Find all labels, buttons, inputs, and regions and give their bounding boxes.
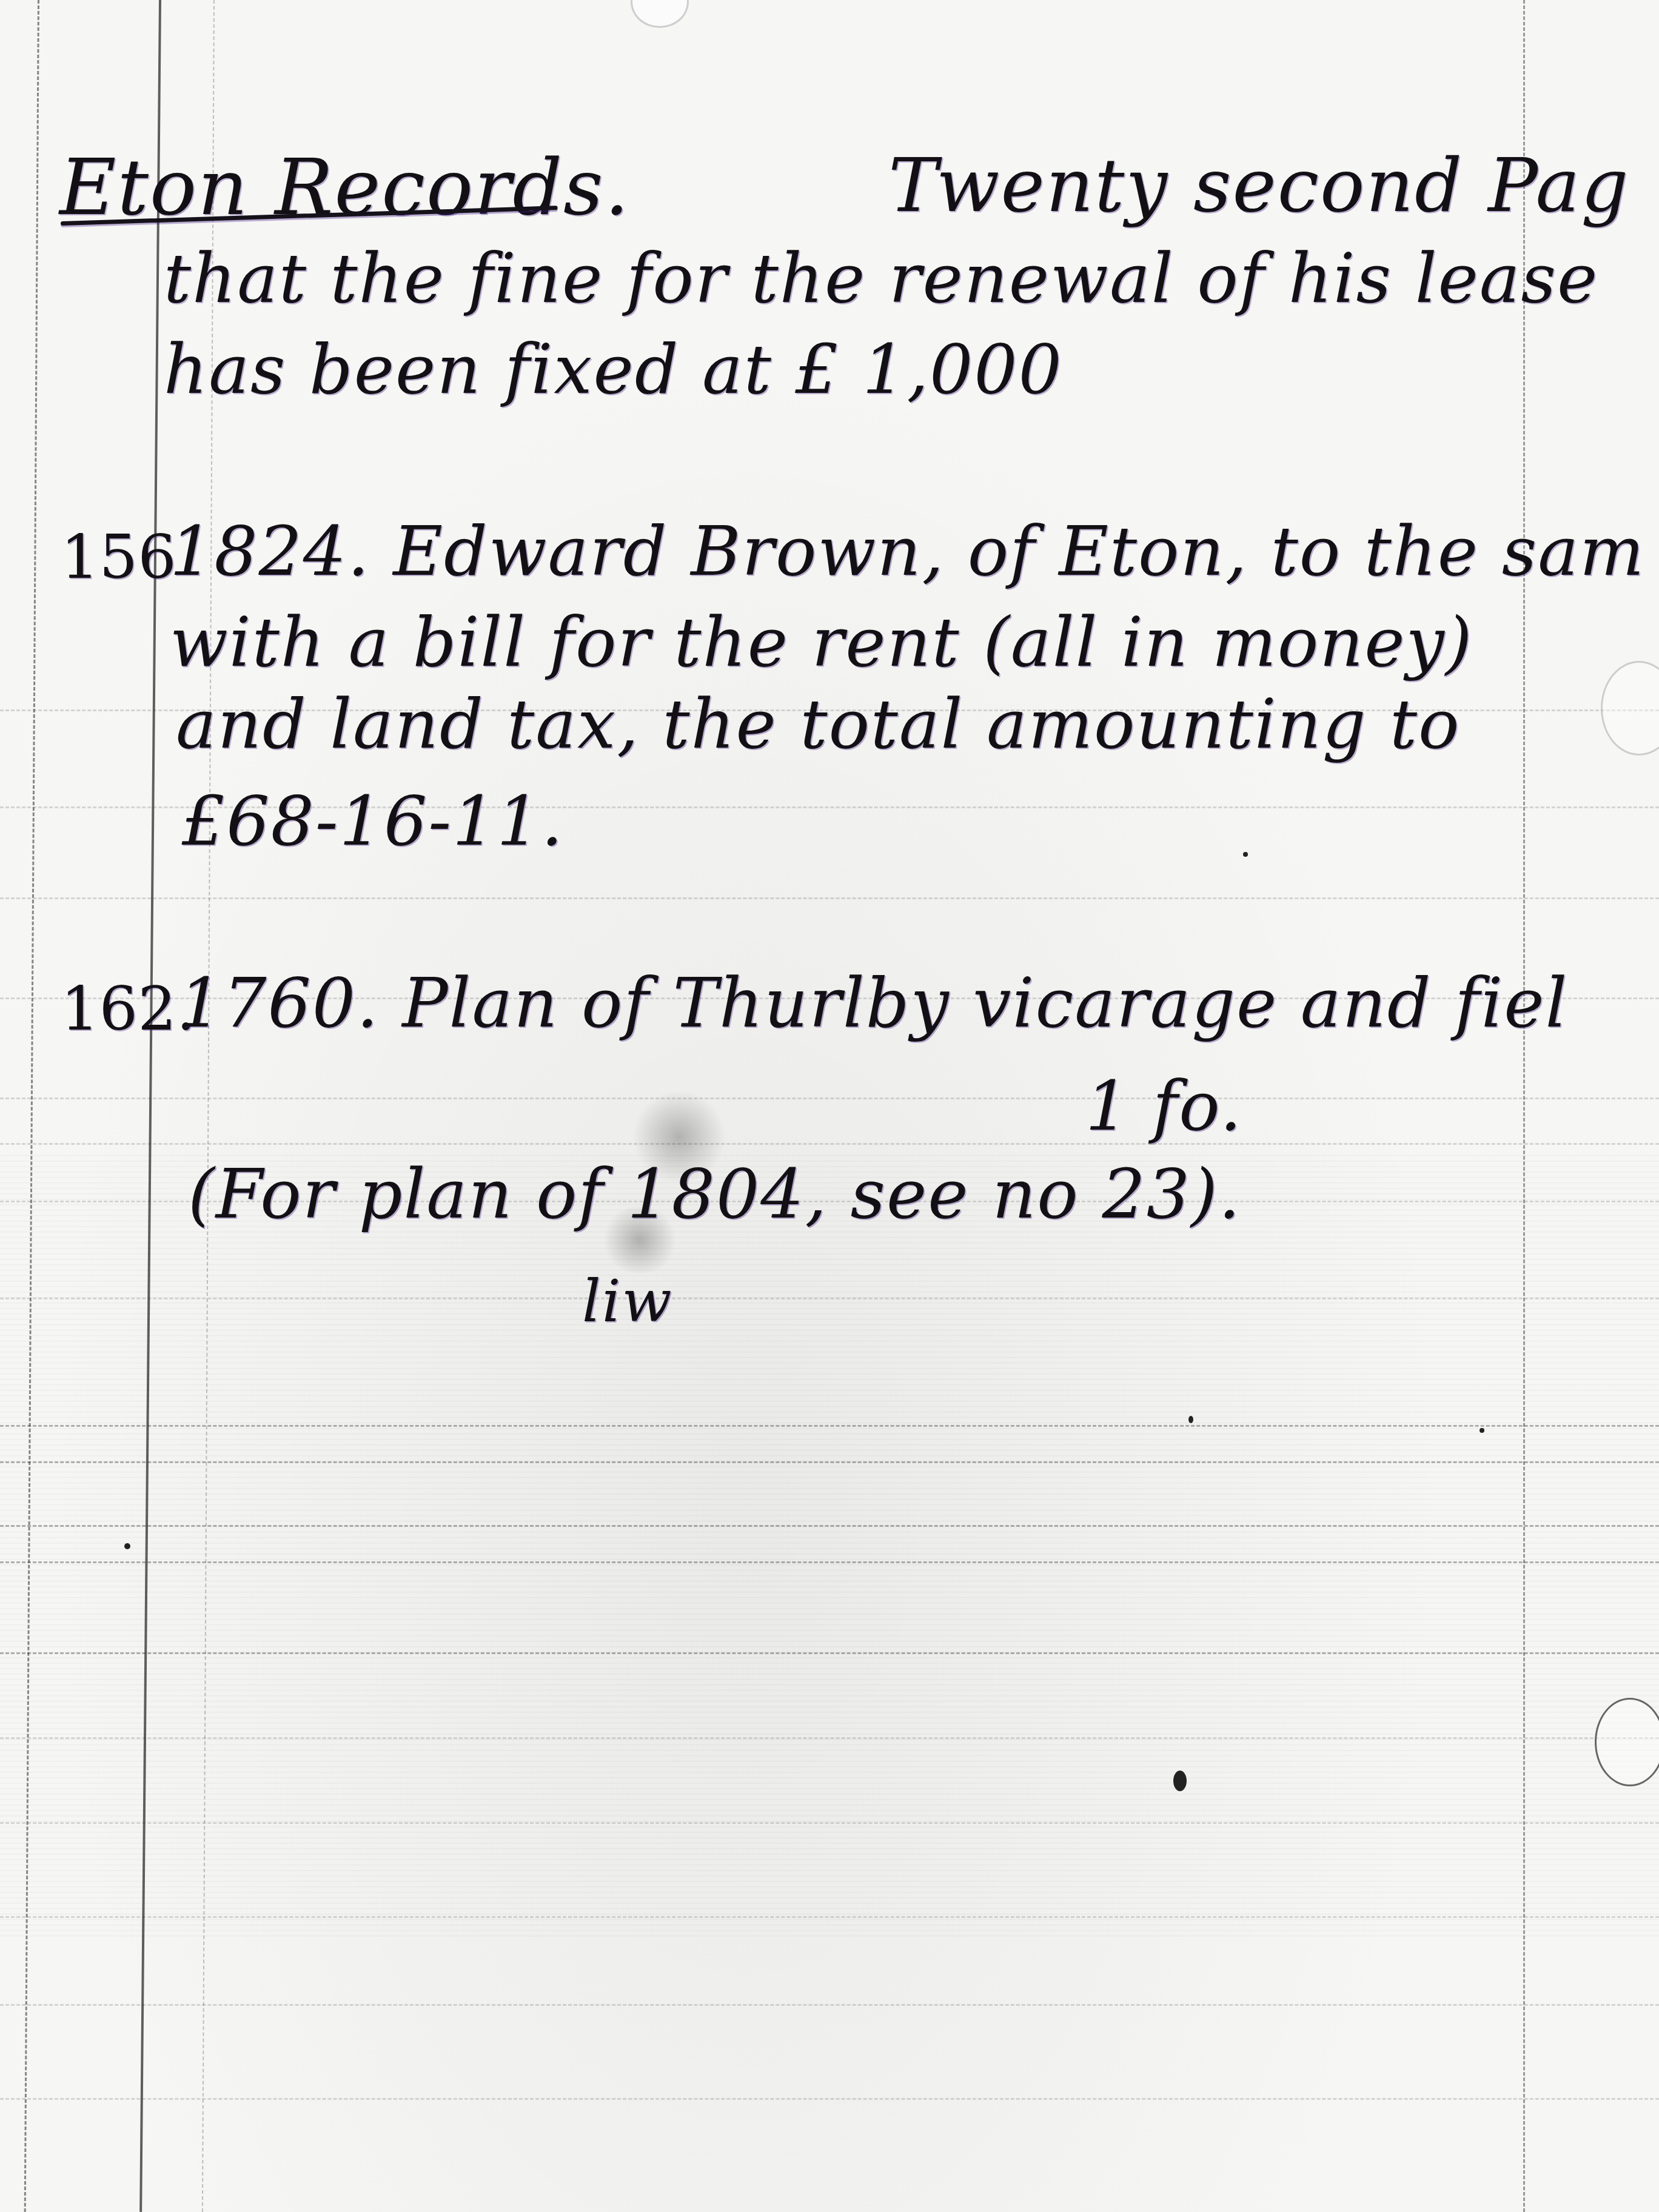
ruled-line bbox=[0, 897, 1659, 899]
continuation-line: that the fine for the renewal of his lea… bbox=[164, 240, 1598, 318]
entry-line: £68-16-11. bbox=[182, 782, 564, 861]
ruled-line bbox=[0, 1916, 1659, 1918]
ink-speck bbox=[1243, 852, 1248, 857]
page-heading: Twenty second Pag bbox=[888, 142, 1629, 229]
ink-speck bbox=[1480, 1428, 1484, 1433]
entry-number: 162. bbox=[61, 973, 196, 1044]
ruled-line bbox=[0, 1425, 1659, 1427]
ruled-line bbox=[0, 1298, 1659, 1299]
punch-hole bbox=[1595, 1698, 1659, 1786]
entry-line-folio: 1 fo. bbox=[1085, 1067, 1242, 1146]
photocopied-page: Eton Records. Twenty second Pag that the… bbox=[0, 0, 1659, 2212]
ink-speck bbox=[124, 1543, 130, 1549]
ruled-line bbox=[0, 1461, 1659, 1463]
ruled-line bbox=[0, 1737, 1659, 1739]
ink-speck bbox=[1173, 1771, 1187, 1791]
entry-line: 1760. Plan of Thurlby vicarage and fiel bbox=[179, 964, 1568, 1043]
continuation-line: has been fixed at £ 1,000 bbox=[164, 330, 1063, 409]
ruled-line bbox=[0, 1098, 1659, 1099]
ruled-line bbox=[0, 1561, 1659, 1563]
entry-line: 1824. Edward Brown, of Eton, to the sam bbox=[170, 512, 1645, 591]
ruled-line bbox=[0, 1143, 1659, 1145]
punch-hole bbox=[1601, 661, 1659, 756]
ruled-line bbox=[0, 1652, 1659, 1654]
punch-hole bbox=[631, 0, 689, 28]
entry-line: and land tax, the total amounting to bbox=[176, 685, 1460, 764]
entry-line-note: (For plan of 1804, see no 23). bbox=[188, 1155, 1241, 1234]
stray-mark: liw bbox=[582, 1267, 673, 1335]
ruled-line bbox=[0, 2004, 1659, 2006]
entry-number: 156 bbox=[61, 521, 176, 592]
ruled-line bbox=[0, 2098, 1659, 2100]
ruled-line bbox=[0, 1525, 1659, 1527]
ruled-line bbox=[0, 1822, 1659, 1824]
ink-speck bbox=[1188, 1416, 1193, 1423]
entry-line: with a bill for the rent (all in money) bbox=[170, 603, 1473, 682]
right-margin-line bbox=[1523, 0, 1525, 2212]
